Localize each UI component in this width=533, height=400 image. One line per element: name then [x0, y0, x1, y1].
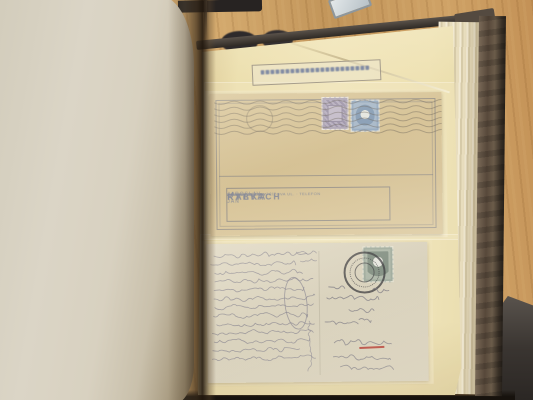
album-cover-right-edge [475, 16, 506, 396]
correspondence-card: ARCHITEKTI: JAROSLAV KALVACH A JAN RYBKA… [209, 92, 442, 236]
handwritten-postcard [206, 242, 428, 383]
album-right-page: ARCHITEKTI: JAROSLAV KALVACH A JAN RYBKA… [190, 18, 486, 398]
handwriting [206, 242, 428, 383]
illegible-label-text-line [261, 65, 369, 74]
sender-imprint-box: ARCHITEKTI: JAROSLAV KALVACH A JAN RYBKA… [226, 186, 390, 221]
album-gutter-shadow [168, 0, 216, 400]
photo-of-stamp-album: ARCHITEKTI: JAROSLAV KALVACH A JAN RYBKA… [0, 0, 533, 400]
imprint-address: PRAHA-SMÍCHOV, ČÍŽOVA UL. · TELEFON [227, 191, 320, 197]
album-left-page [0, 0, 194, 400]
